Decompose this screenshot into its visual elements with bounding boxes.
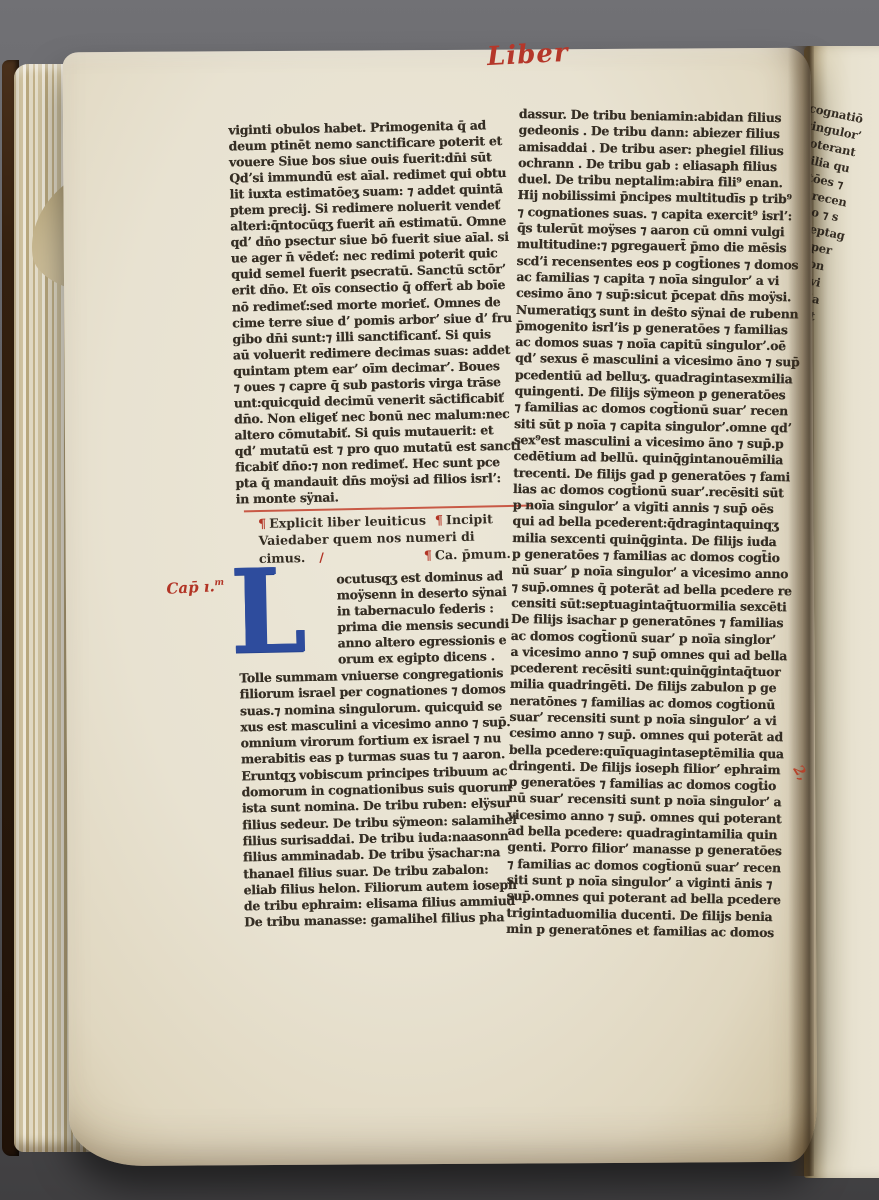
photo-scene: cognatiōsingulorʼpoterantmilia quratōes … [0, 0, 879, 1200]
pilcrow-icon: ¶ [424, 546, 432, 564]
pilcrow-icon: ¶ [435, 512, 443, 527]
red-slash: / [319, 547, 424, 567]
right-column: dassur. De tribu beniamin:abidan filiusg… [506, 106, 809, 942]
illuminated-initial: L [229, 558, 306, 666]
numbers-opening: ocutusqʒ est dominus admoÿsenn in desert… [336, 568, 524, 668]
chapter-note-label: Cap̄ ı. [166, 577, 215, 598]
running-title: Liber [486, 40, 569, 70]
left-column-leviticus: viginti obulos habet. Primogenita q̄ add… [228, 117, 520, 508]
chapter-margin-note: Cap̄ ı.m [166, 579, 225, 597]
incipit-text: Incipit [446, 511, 493, 527]
left-column: viginti obulos habet. Primogenita q̄ add… [155, 106, 542, 963]
pilcrow-icon: ¶ [258, 516, 266, 531]
facing-fragments-top: cognatiōsingulorʼpoterantmilia quratōes … [804, 100, 879, 830]
chapter-heading: Ca. p̄mum. [435, 545, 511, 564]
left-column-numbers: Tolle summam vniuerse congregationisfili… [239, 665, 528, 931]
explicit-text: Explicit liber leuiticus [269, 513, 426, 531]
chapter-note-sup: m [214, 578, 224, 589]
